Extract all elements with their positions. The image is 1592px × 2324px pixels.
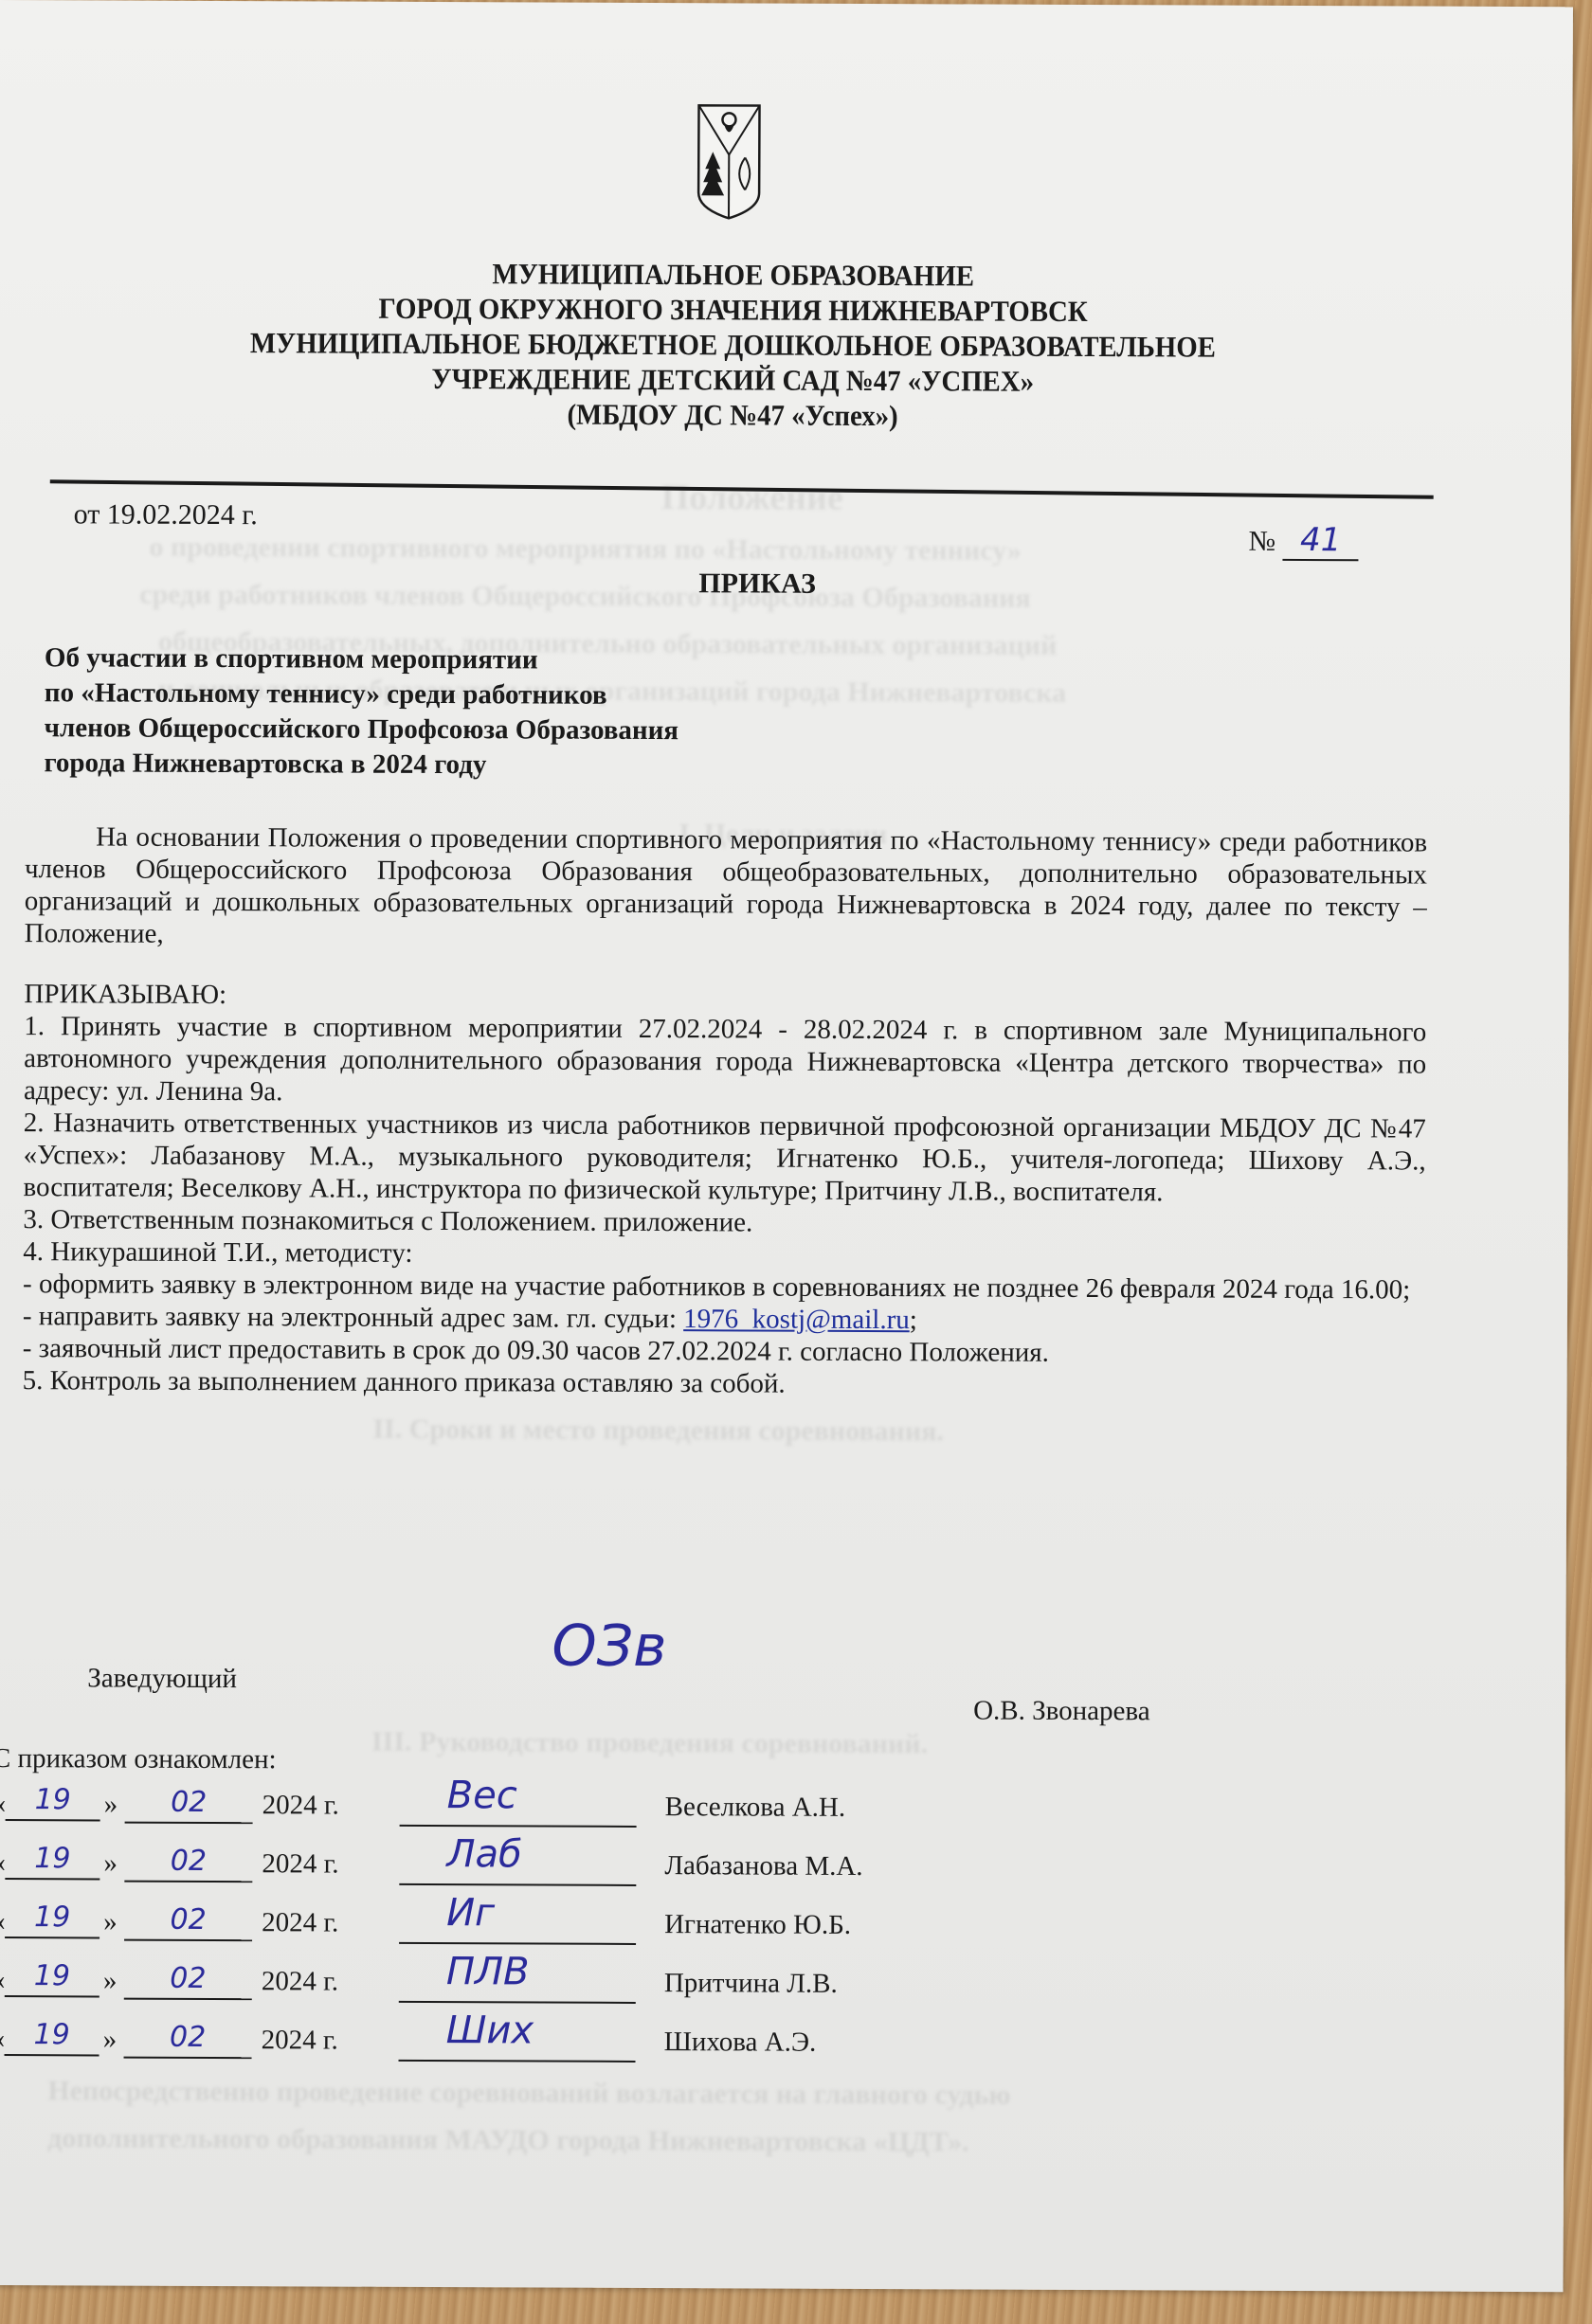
ack-month: 02 [124, 1845, 252, 1883]
header-line: МУНИЦИПАЛЬНОЕ ОБРАЗОВАНИЕ [182, 255, 1284, 295]
close-quote: » [103, 2024, 118, 2055]
ack-name: Игнатенко Ю.Б. [664, 1909, 851, 1941]
bleed-through-text: Непосредственно проведение соревнований … [47, 2075, 1010, 2111]
organization-header: МУНИЦИПАЛЬНОЕ ОБРАЗОВАНИЕ ГОРОД ОКРУЖНОГ… [182, 255, 1284, 435]
signature-line: Вес [400, 1791, 637, 1828]
document-page: Положение о проведении спортивного мероп… [0, 0, 1573, 2292]
ack-name: Веселкова А.Н. [665, 1792, 846, 1824]
acknowledgement-row: « 19 » 02 2024 г. Вес Веселкова А.Н. [0, 1789, 1035, 1831]
ack-name: Шихова А.Э. [664, 2027, 817, 2059]
close-quote: » [103, 1965, 118, 1996]
order-number: № 41 [1248, 521, 1358, 562]
number-label: № [1248, 526, 1275, 557]
header-line: (МБДОУ ДС №47 «Успех») [182, 395, 1284, 435]
handwritten-signature: ПЛВ [446, 1950, 530, 1993]
handwritten-signature: Шиx [446, 2009, 534, 2052]
ack-month: 02 [125, 1786, 253, 1825]
acknowledgement-title: С приказом ознакомлен: [0, 1743, 277, 1775]
email-suffix: ; [910, 1305, 917, 1335]
ack-day: 19 [5, 2018, 99, 2056]
ack-name: Лабазанова М.А. [664, 1850, 862, 1883]
header-line: МУНИЦИПАЛЬНОЕ БЮДЖЕТНОЕ ДОШКОЛЬНОЕ ОБРАЗ… [182, 325, 1284, 365]
header-line: ГОРОД ОКРУЖНОГО ЗНАЧЕНИЯ НИЖНЕВАРТОВСК [182, 290, 1284, 330]
ack-year: 2024 г. [262, 2025, 338, 2056]
acknowledgement-row: « 19 » 02 2024 г. Иг Игнатенко Ю.Б. [0, 1906, 1034, 1949]
subject-line: по «Настольному теннису» среди работнико… [45, 676, 679, 713]
close-quote: » [103, 1847, 118, 1879]
subject-line: членов Общероссийского Профсоюза Образов… [45, 711, 679, 748]
bleed-through-text: дополнительного образования МАУДО города… [47, 2122, 968, 2158]
ack-day: 19 [5, 1959, 99, 1997]
preamble: На основании Положения о проведении спор… [25, 820, 1428, 955]
handwritten-signature: Лаб [446, 1832, 521, 1876]
ack-year: 2024 г. [262, 1790, 339, 1821]
email-prefix: - направить заявку на электронный адрес … [23, 1301, 683, 1334]
acknowledgement-row: « 19 » 02 2024 г. ПЛВ Притчина Л.В. [0, 1965, 1034, 2008]
signer-name: О.В. Звонарева [973, 1695, 1150, 1727]
ack-year: 2024 г. [262, 1907, 338, 1938]
ack-name: Притчина Л.В. [664, 1968, 838, 2000]
bleed-through-text: III. Руководство проведения соревнований… [371, 1726, 928, 1761]
order-body: На основании Положения о проведении спор… [23, 820, 1428, 1402]
order-items: ПРИКАЗЫВАЮ: 1. Принять участие в спортив… [23, 978, 1427, 1402]
ack-month: 02 [124, 1962, 252, 2001]
close-quote: » [103, 1906, 118, 1937]
acknowledgement-row: « 19 » 02 2024 г. Лаб Лабазанова М.А. [0, 1847, 1034, 1890]
bleed-through-text: о проведении спортивного мероприятия по … [149, 531, 1022, 567]
signature-line: Иг [399, 1908, 636, 1945]
document-title: ПРИКАЗ [698, 567, 816, 601]
header-line: УЧРЕЖДЕНИЕ ДЕТСКИЙ САД №47 «УСПЕХ» [182, 360, 1284, 400]
bleed-through-text: Положение [661, 477, 843, 519]
handwritten-signature: Вес [447, 1774, 517, 1817]
subject-line: города Нижневартовска в 2024 году [44, 746, 678, 784]
bleed-through-text: среди работников членов Общероссийского … [139, 579, 1031, 615]
close-quote: » [104, 1789, 118, 1820]
ack-year: 2024 г. [262, 1848, 338, 1880]
acknowledgement-row: « 19 » 02 2024 г. Шиx Шихова А.Э. [0, 2024, 1034, 2066]
signature-line: Шиx [399, 2026, 636, 2063]
ack-year: 2024 г. [262, 1966, 338, 1997]
signature-line: Лаб [399, 1849, 636, 1886]
order-date: от 19.02.2024 г. [74, 498, 258, 531]
handwritten-signature: ОЗв [552, 1613, 666, 1681]
ack-month: 02 [124, 1903, 252, 1942]
coat-of-arms-icon [696, 102, 763, 221]
ack-day: 19 [6, 1783, 100, 1821]
ack-day: 19 [5, 1842, 99, 1880]
handwritten-number: 41 [1283, 521, 1359, 561]
order-item-1: 1. Принять участие в спортивном мероприя… [24, 1010, 1426, 1112]
signature-line: ПЛВ [399, 1967, 636, 2004]
ack-month: 02 [124, 2021, 252, 2060]
order-item-5: 5. Контроль за выполнением данного прика… [23, 1364, 1425, 1402]
ack-day: 19 [5, 1901, 99, 1938]
bleed-through-text: II. Сроки и место проведения соревновани… [372, 1414, 944, 1449]
email-link[interactable]: 1976_kostj@mail.ru [683, 1304, 910, 1335]
order-item-2: 2. Назначить ответственных участников из… [23, 1107, 1425, 1209]
signer-position: Заведующий [87, 1663, 237, 1695]
handwritten-signature: Иг [446, 1891, 495, 1935]
subject-line: Об участии в спортивном мероприятии [45, 640, 679, 678]
order-subject: Об участии в спортивном мероприятии по «… [44, 640, 678, 784]
